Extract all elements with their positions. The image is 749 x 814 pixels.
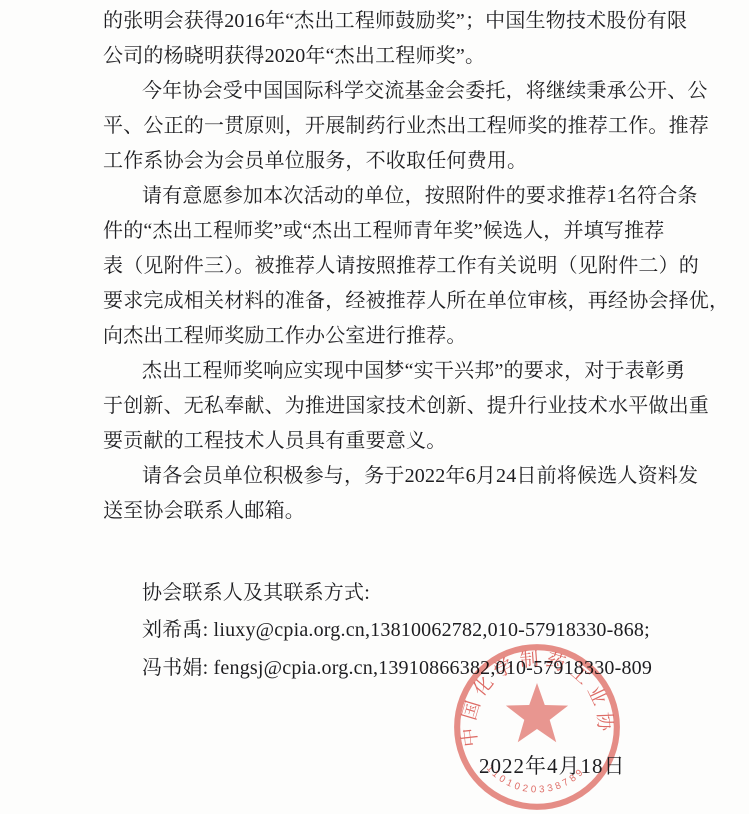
body-line: 请有意愿参加本次活动的单位，按照附件的要求推荐1名符合条 [103,179,665,214]
body-line: 公司的杨晓明获得2020年“杰出工程师奖”。 [103,39,665,74]
contact-heading: 协会联系人及其联系方式: [103,575,663,612]
official-seal: 中国化学制药工业协会 1101020338789 [450,640,624,814]
seal-star [506,683,568,742]
body-line: 杰出工程师奖响应实现中国梦“实干兴邦”的要求，对于表彰勇 [103,354,665,389]
body-line: 送至协会联系人邮箱。 [103,494,665,529]
body-line: 件的“杰出工程师奖”或“杰出工程师青年奖”候选人，并填写推荐 [103,214,665,249]
body-line: 请各会员单位积极参与，务于2022年6月24日前将候选人资料发 [103,459,665,494]
body-line: 表（见附件三）。被推荐人请按照推荐工作有关说明（见附件二）的 [103,249,665,284]
document-body: 的张明会获得2016年“杰出工程师鼓励奖”；中国生物技术股份有限公司的杨晓明获得… [103,4,665,529]
body-line: 工作系协会为会员单位服务，不收取任何费用。 [103,144,665,179]
body-line: 的张明会获得2016年“杰出工程师鼓励奖”；中国生物技术股份有限 [103,4,665,39]
body-line: 平、公正的一贯原则，开展制药行业杰出工程师奖的推荐工作。推荐 [103,109,665,144]
body-line: 要贡献的工程技术人员具有重要意义。 [103,424,665,459]
document-page: 的张明会获得2016年“杰出工程师鼓励奖”；中国生物技术股份有限公司的杨晓明获得… [0,0,749,814]
body-line: 要求完成相关材料的准备，经被推荐人所在单位审核，再经协会择优， [103,284,665,319]
body-line: 向杰出工程师奖励工作办公室进行推荐。 [103,319,665,354]
body-line: 于创新、无私奉献、为推进国家技术创新、提升行业技术水平做出重 [103,389,665,424]
body-line: 今年协会受中国国际科学交流基金会委托，将继续秉承公开、公 [103,74,665,109]
date-text: 2022年4月18日 [479,750,626,780]
